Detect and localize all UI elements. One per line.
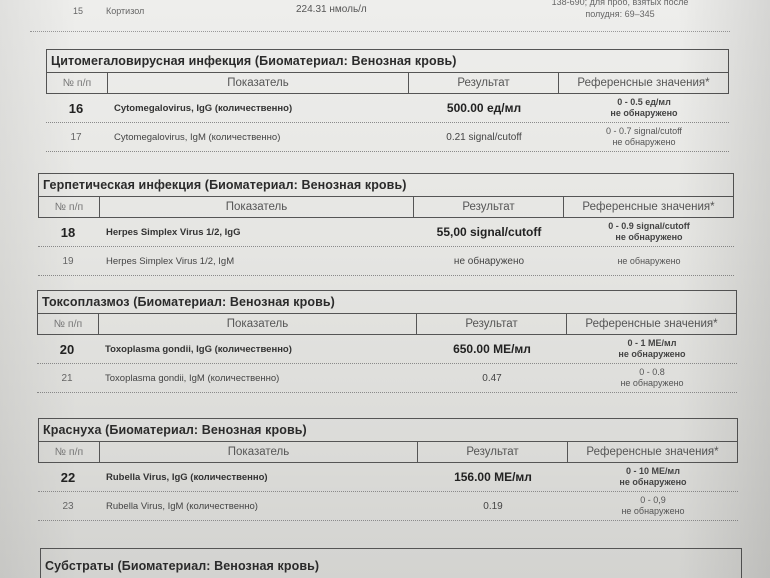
indicator-name: Toxoplasma gondii, IgM (количественно) [97, 373, 417, 384]
result-value: 0.47 [417, 373, 567, 384]
table-header: № п/п Показатель Результат Референсные з… [37, 313, 737, 335]
lab-report-page: 15 Кортизол 224.31 нмоль/л 138-690; для … [0, 0, 770, 578]
header-result: Результат [413, 197, 563, 217]
table-row: 21 Toxoplasma gondii, IgM (количественно… [37, 364, 737, 393]
header-reference: Референсные значения* [567, 442, 737, 462]
table-header: № п/п Показатель Результат Референсные з… [46, 72, 729, 94]
result-value: 55,00 signal/cutoff [414, 225, 564, 239]
section-substrates: Субстраты (Биоматериал: Венозная кровь) [40, 548, 742, 578]
table-header: № п/п Показатель Результат Референсные з… [38, 196, 734, 218]
table-row: 16 Cytomegalovirus, IgG (количественно) … [46, 94, 729, 123]
section-title: Субстраты (Биоматериал: Венозная кровь) [40, 548, 742, 578]
header-reference: Референсные значения* [566, 314, 736, 334]
section-title: Токсоплазмоз (Биоматериал: Венозная кров… [37, 290, 737, 313]
table-row: 20 Toxoplasma gondii, IgG (количественно… [37, 335, 737, 364]
table-row: 22 Rubella Virus, IgG (количественно) 15… [38, 463, 738, 492]
indicator-name: Кортизол [106, 6, 144, 16]
table-row: 18 Herpes Simplex Virus 1/2, IgG 55,00 s… [38, 218, 734, 247]
table-row: 17 Cytomegalovirus, IgM (количественно) … [46, 123, 729, 152]
row-number: 18 [38, 225, 98, 240]
section-title: Краснуха (Биоматериал: Венозная кровь) [38, 418, 738, 441]
header-indicator: Показатель [107, 73, 408, 93]
indicator-name: Herpes Simplex Virus 1/2, IgG [98, 227, 414, 238]
row-number: 20 [37, 342, 97, 357]
row-number: 17 [46, 132, 106, 143]
reference-value: 0 - 0.5 ед/мл не обнаружено [559, 97, 729, 119]
header-result: Результат [417, 442, 567, 462]
reference-value: 0 - 0.7 signal/cutoff не обнаружено [559, 126, 729, 148]
indicator-name: Herpes Simplex Virus 1/2, IgM [98, 256, 414, 267]
row-number: 19 [38, 256, 98, 267]
header-reference: Референсные значения* [563, 197, 733, 217]
header-reference: Референсные значения* [558, 73, 728, 93]
result-value: не обнаружено [414, 256, 564, 267]
table-row: 19 Herpes Simplex Virus 1/2, IgM не обна… [38, 247, 734, 276]
indicator-name: Rubella Virus, IgG (количественно) [98, 472, 418, 483]
section-title: Цитомегаловирусная инфекция (Биоматериал… [46, 49, 729, 72]
indicator-name: Cytomegalovirus, IgG (количественно) [106, 103, 409, 114]
row-number: 23 [38, 501, 98, 512]
indicator-name: Cytomegalovirus, IgM (количественно) [106, 132, 409, 143]
row-number: 16 [46, 101, 106, 116]
reference-value: 0 - 0.9 signal/cutoff не обнаружено [564, 221, 734, 243]
header-result: Результат [408, 73, 558, 93]
indicator-name: Rubella Virus, IgM (количественно) [98, 501, 418, 512]
header-result: Результат [416, 314, 566, 334]
row-number: 21 [37, 373, 97, 384]
reference-value: 138-690; для проб, взятых после полудня:… [490, 0, 750, 20]
section-herpes: Герпетическая инфекция (Биоматериал: Вен… [38, 173, 734, 276]
section-toxoplasmosis: Токсоплазмоз (Биоматериал: Венозная кров… [37, 290, 737, 393]
row-divider [30, 31, 730, 32]
section-title: Герпетическая инфекция (Биоматериал: Вен… [38, 173, 734, 196]
result-value: 224.31 нмоль/л [296, 4, 367, 15]
indicator-name: Toxoplasma gondii, IgG (количественно) [97, 344, 417, 355]
result-value: 0.19 [418, 501, 568, 512]
header-number: № п/п [39, 197, 99, 217]
header-indicator: Показатель [99, 197, 413, 217]
section-rubella: Краснуха (Биоматериал: Венозная кровь) №… [38, 418, 738, 521]
header-indicator: Показатель [99, 442, 417, 462]
result-value: 650.00 МЕ/мл [417, 342, 567, 356]
result-value: 156.00 МЕ/мл [418, 470, 568, 484]
reference-value: 0 - 0,9 не обнаружено [568, 495, 738, 517]
reference-value: не обнаружено [564, 256, 734, 267]
row-number: 15 [73, 6, 83, 16]
reference-value: 0 - 0.8 не обнаружено [567, 367, 737, 389]
header-number: № п/п [47, 73, 107, 93]
result-value: 0.21 signal/cutoff [409, 132, 559, 143]
reference-value: 0 - 10 МЕ/мл не обнаружено [568, 466, 738, 488]
table-header: № п/п Показатель Результат Референсные з… [38, 441, 738, 463]
table-row-cortisol: 15 Кортизол 224.31 нмоль/л 138-690; для … [30, 0, 730, 32]
header-indicator: Показатель [98, 314, 416, 334]
reference-value: 0 - 1 МЕ/мл не обнаружено [567, 338, 737, 360]
header-number: № п/п [38, 314, 98, 334]
section-cmv: Цитомегаловирусная инфекция (Биоматериал… [46, 49, 729, 152]
table-row: 23 Rubella Virus, IgM (количественно) 0.… [38, 492, 738, 521]
header-number: № п/п [39, 442, 99, 462]
row-number: 22 [38, 470, 98, 485]
result-value: 500.00 ед/мл [409, 101, 559, 115]
